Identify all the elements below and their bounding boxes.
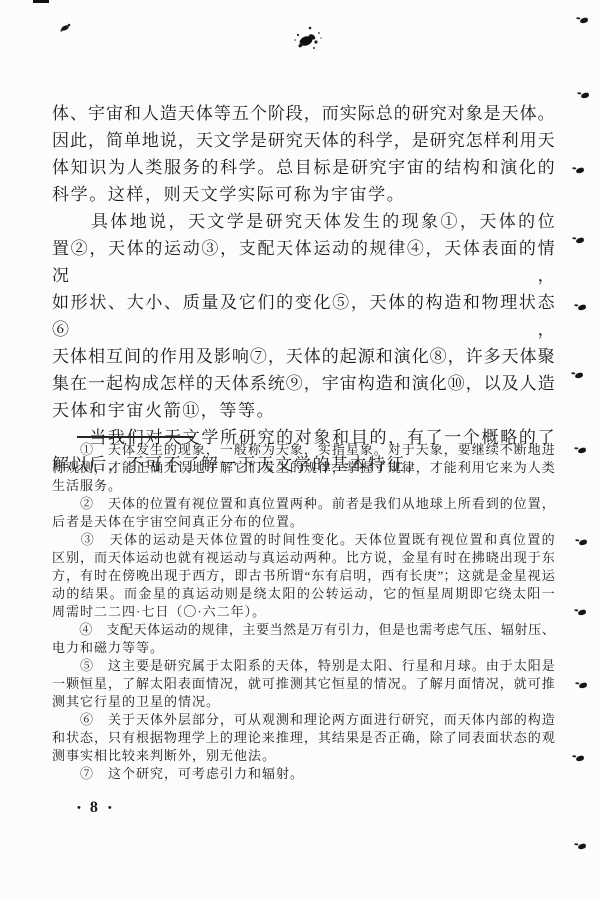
body-text-line: 集在一起构成怎样的天体系统⑨，宇宙构造和演化⑩，以及人造 [52,370,555,397]
footnote-line: ② 天体的位置有视位置和真位置两种。前者是我们从地球上所看到的位置， [52,495,555,513]
ink-speck [579,682,588,689]
ink-smudge [290,24,326,56]
footnote-line: 方，有时在傍晚出现于西方，即古书所谓“东有启明，西有长庚”；这就是金星视运 [52,567,555,585]
body-text-line: 具体地说，天文学是研究天体发生的现象①，天体的位 [52,208,555,235]
ink-speck [576,167,585,174]
footnote-line: 测其它行星的卫星的情况。 [52,693,555,711]
ink-speck [578,609,587,616]
corner-ink-bar [33,0,49,3]
footnotes: ① 天体发生的现象，一般称为天象，实指星象。对于天象，要继续不断地进行观测，才能… [52,441,555,783]
footnote-line: 后者是天体在宇宙空间真正分布的位置。 [52,513,555,531]
footer-left-dot: • [77,802,81,814]
body-text-line: 置②，天体的运动③，支配天体运动的规律④，天体表面的情况， [52,235,555,289]
footnote-line: ④ 支配天体运动的规律，主要当然是万有引力，但是也需考虑气压、辐射压、 [52,621,555,639]
footnote-line: 行观测，才能正确无误地了解它们发生的规律，掌握了规律，才能利用它来为人类 [52,459,555,477]
ink-speck [578,304,587,311]
footnote-line: ③ 天体的运动是天体位置的时间性变化。天体位置既有视位置和真位置的 [52,531,555,549]
body-text-line: 天体相互间的作用及影响⑦，天体的起源和演化⑧，许多天体聚 [52,343,555,370]
body-text-line: 因此，简单地说，天文学是研究天体的科学，是研究怎样利用天 [52,127,555,154]
body-text-line: 体知识为人类服务的科学。总目标是研究宇宙的结构和演化的 [52,154,555,181]
footnote-line: 动的结果。而金星的真运动则是绕太阳的公转运动，它的恒星周期即它绕太阳一 [52,585,555,603]
ink-speck [576,237,585,244]
ink-speck [575,372,584,379]
body-text-line: 体、宇宙和人造天体等五个阶段，而实际总的研究对象是天体。 [52,100,555,127]
ink-speck [580,17,589,24]
body-text: 体、宇宙和人造天体等五个阶段，而实际总的研究对象是天体。因此，简单地说，天文学是… [52,100,555,478]
ink-speck [581,92,590,99]
body-text-line: 天体和宇宙火箭⑪，等等。 [52,397,555,424]
ink-speck [578,843,587,850]
ink-speck [578,447,587,454]
footnote-line: 测事实相比较来判断外，别无他法。 [52,747,555,765]
footnote-line: ⑥ 关于天体外层部分，可从观测和理论两方面进行研究，而天体内部的构造 [52,711,555,729]
book-page: 体、宇宙和人造天体等五个阶段，而实际总的研究对象是天体。因此，简单地说，天文学是… [0,0,600,900]
page-number: • 8 • [68,799,121,817]
footnote-line: 区别，而天体运动也就有视运动与真运动两种。比方说，金星有时在拂晓出现于东 [52,549,555,567]
footnote-line: 电力和磁力等等。 [52,639,555,657]
ink-speck [576,755,585,762]
footnote-line: 一颗恒星，了解太阳表面情况，就可推测其它恒星的情况。了解月面情况，就可推 [52,675,555,693]
footnote-divider [77,436,193,438]
body-text-line: 科学。这样，则天文学实际可称为宇宙学。 [52,181,555,208]
footnote-line: ⑦ 这个研究，可考虑引力和辐射。 [52,765,555,783]
footnote-line: 生活服务。 [52,477,555,495]
footnote-line: ⑤ 这主要是研究属于太阳系的天体，特别是太阳、行星和月球。由于太阳是 [52,657,555,675]
footer-right-dot: • [108,802,112,814]
footnote-line: 和状态，只有根据物理学上的理论来推理，其结果是否正确，除了同表面状态的观 [52,729,555,747]
footnote-line: ① 天体发生的现象，一般称为天象，实指星象。对于天象，要继续不断地进 [52,441,555,459]
body-text-line: 如形状、大小、质量及它们的变化⑤，天体的构造和物理状态⑥， [52,289,555,343]
footer-page-number: 8 [90,799,99,817]
ink-speck [579,539,588,546]
ink-speck [58,22,72,33]
footnote-line: 周需时二二四·七日（〇·六二年）。 [52,603,555,621]
